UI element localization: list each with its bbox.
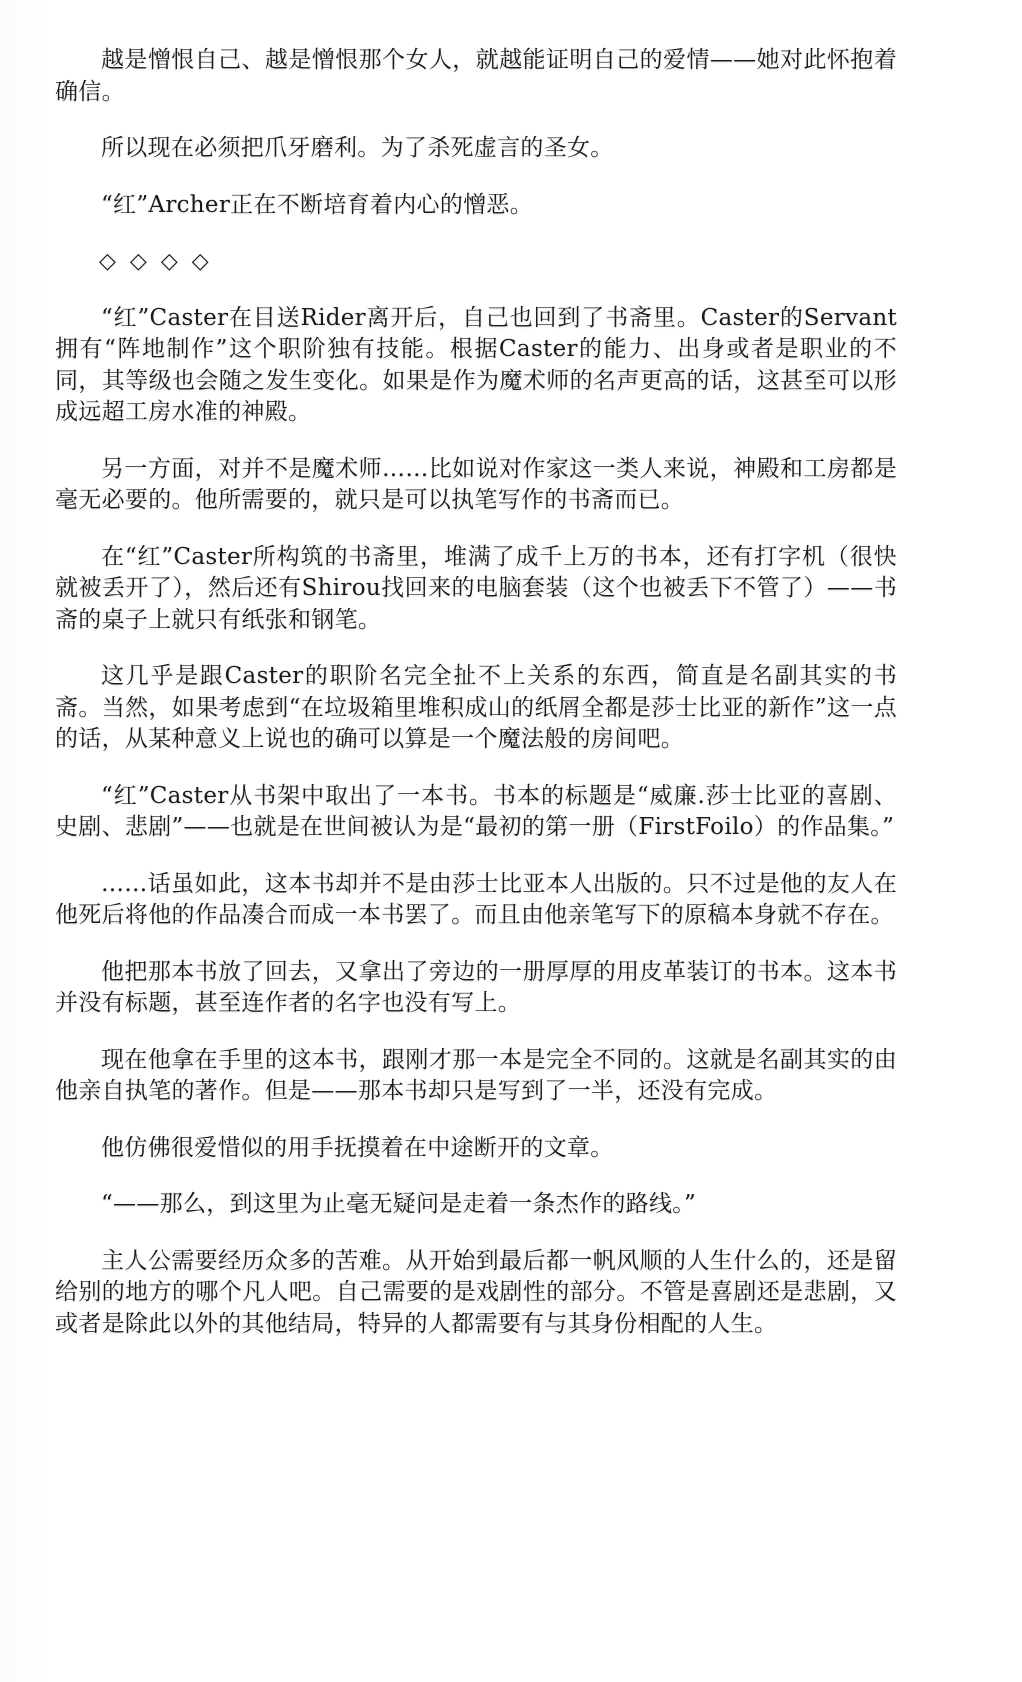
paragraph: “红”Caster在目送Rider离开后，自己也回到了书斋里。Caster的Se… [55, 303, 897, 429]
section-separator-diamonds: ◇◇◇◇ [55, 246, 897, 278]
paragraph: 他仿佛很爱惜似的用手抚摸着在中途断开的文章。 [55, 1133, 897, 1165]
paragraph: 他把那本书放了回去，又拿出了旁边的一册厚厚的用皮革装订的书本。这本书并没有标题，… [55, 957, 897, 1020]
page-edge-shade [0, 0, 46, 1682]
paragraph: 越是憎恨自己、越是憎恨那个女人，就越能证明自己的爱情——她对此怀抱着确信。 [55, 45, 897, 108]
paragraph: “——那么，到这里为止毫无疑问是走着一条杰作的路线。” [55, 1189, 897, 1221]
paragraph: 现在他拿在手里的这本书，跟刚才那一本是完全不同的。这就是名副其实的由他亲自执笔的… [55, 1045, 897, 1108]
paragraph: 所以现在必须把爪牙磨利。为了杀死虚言的圣女。 [55, 133, 897, 165]
paragraph: 主人公需要经历众多的苦难。从开始到最后都一帆风顺的人生什么的，还是留给别的地方的… [55, 1246, 897, 1341]
paragraph: 另一方面，对并不是魔术师……比如说对作家这一类人来说，神殿和工房都是毫无必要的。… [55, 454, 897, 517]
text-body: 越是憎恨自己、越是憎恨那个女人，就越能证明自己的爱情——她对此怀抱着确信。 所以… [55, 45, 897, 1365]
document-page: 越是憎恨自己、越是憎恨那个女人，就越能证明自己的爱情——她对此怀抱着确信。 所以… [0, 0, 1022, 1682]
paragraph: “红”Archer正在不断培育着内心的憎恶。 [55, 190, 897, 222]
paragraph: 这几乎是跟Caster的职阶名完全扯不上关系的东西，简直是名副其实的书斋。当然，… [55, 661, 897, 756]
paragraph: “红”Caster从书架中取出了一本书。书本的标题是“威廉.莎士比亚的喜剧、史剧… [55, 781, 897, 844]
paragraph: ……话虽如此，这本书却并不是由莎士比亚本人出版的。只不过是他的友人在他死后将他的… [55, 869, 897, 932]
paragraph: 在“红”Caster所构筑的书斋里，堆满了成千上万的书本，还有打字机（很快就被丢… [55, 542, 897, 637]
